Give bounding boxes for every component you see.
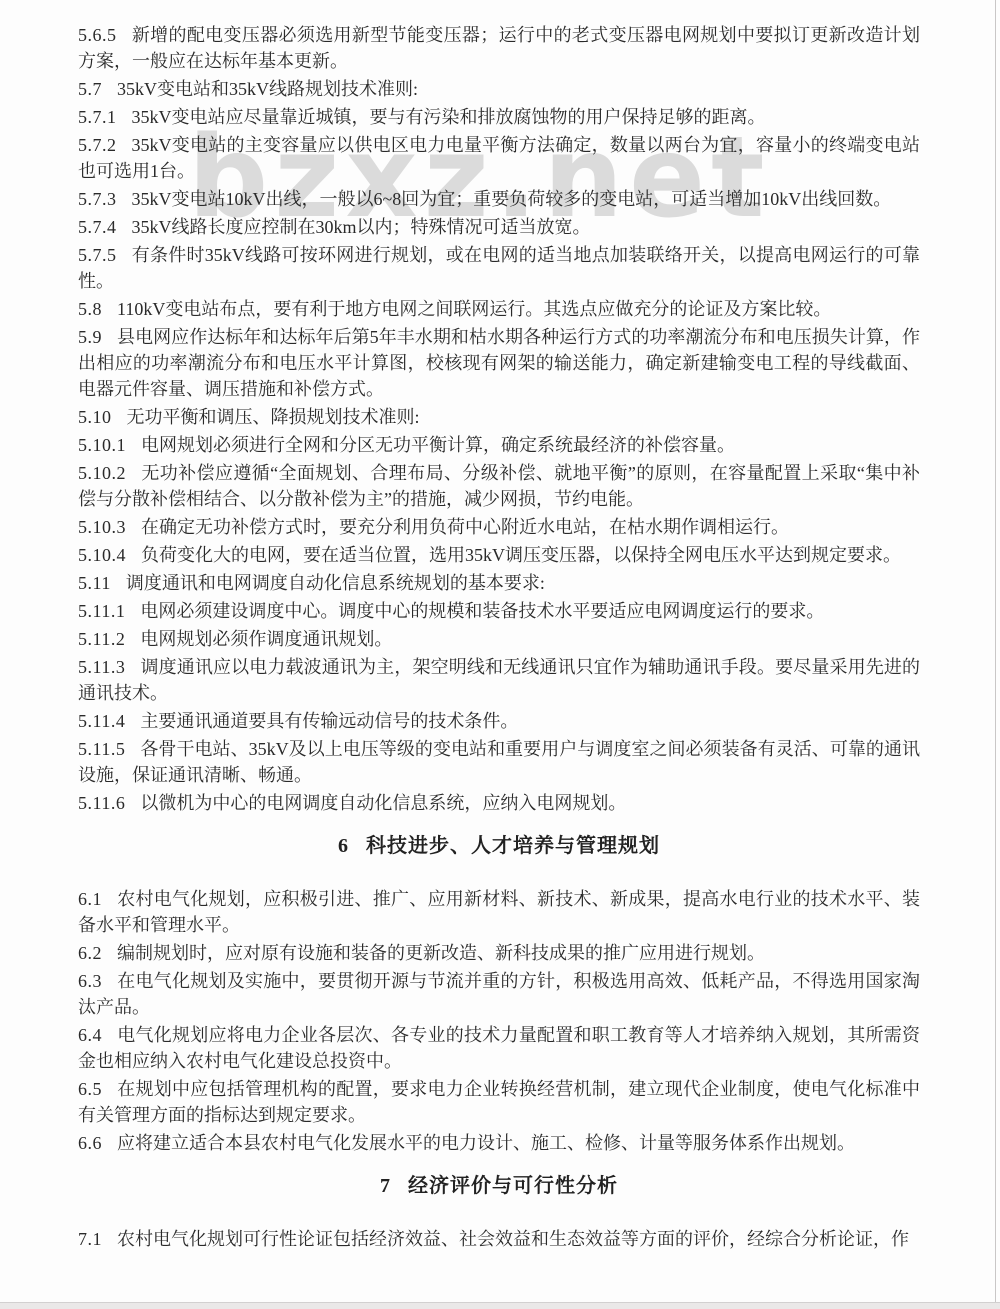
section-title: 经济评价与可行性分析 <box>408 1175 618 1197</box>
clause-paragraph: 5.11.2电网规划必须作调度通讯规划。 <box>78 626 920 652</box>
clause-paragraph: 5.8110kV变电站布点，要有利于地方电网之间联网运行。其选点应做充分的论证及… <box>78 296 920 322</box>
clause-number: 5.10 <box>78 407 112 427</box>
clause-text: 电网规划必须作调度通讯规划。 <box>140 629 392 649</box>
clause-paragraph: 6.6应将建立适合本县农村电气化发展水平的电力设计、施工、检修、计量等服务体系作… <box>78 1130 920 1156</box>
clause-text: 35kV变电站10kV出线，一般以6~8回为宜；重要负荷较多的变电站，可适当增加… <box>132 189 892 209</box>
clause-paragraph: 5.10.3在确定无功补偿方式时，要充分利用负荷中心附近水电站，在枯水期作调相运… <box>78 514 920 540</box>
clause-paragraph: 5.11.1电网必须建设调度中心。调度中心的规模和装备技术水平要适应电网调度运行… <box>78 598 920 624</box>
section-number: 7 <box>380 1175 390 1197</box>
clause-number: 5.10.2 <box>78 463 126 483</box>
clause-text: 35kV变电站的主变容量应以供电区电力电量平衡方法确定，数量以两台为宜，容量小的… <box>78 135 920 181</box>
clause-number: 5.11 <box>78 573 111 593</box>
clause-number: 5.11.3 <box>78 657 125 677</box>
clause-text: 农村电气化规划可行性论证包括经济效益、社会效益和生态效益等方面的评价，经综合分析… <box>117 1229 909 1249</box>
clause-number: 5.7.3 <box>78 189 117 209</box>
clause-text: 编制规划时，应对原有设施和装备的更新改造、新科技成果的推广应用进行规划。 <box>117 943 765 963</box>
clause-paragraph: 5.10无功平衡和调压、降损规划技术准则: <box>78 404 920 430</box>
clause-paragraph: 5.11.3调度通讯应以电力载波通讯为主，架空明线和无线通讯只宜作为辅助通讯手段… <box>78 654 920 706</box>
clause-paragraph: 5.9县电网应作达标年和达标年后第5年丰水期和枯水期各种运行方式的功率潮流分布和… <box>78 324 920 402</box>
clause-paragraph: 5.11调度通讯和电网调度自动化信息系统规划的基本要求: <box>78 570 920 596</box>
clause-paragraph: 6.1农村电气化规划，应积极引进、推广、应用新材料、新技术、新成果，提高水电行业… <box>78 886 920 938</box>
clause-text: 县电网应作达标年和达标年后第5年丰水期和枯水期各种运行方式的功率潮流分布和电压损… <box>78 327 920 399</box>
clause-paragraph: 5.10.2无功补偿应遵循“全面规划、合理布局、分级补偿、就地平衡”的原则，在容… <box>78 460 920 512</box>
clause-text: 电网必须建设调度中心。调度中心的规模和装备技术水平要适应电网调度运行的要求。 <box>140 601 824 621</box>
document-content: 5.6.5新增的配电变压器必须选用新型节能变压器；运行中的老式变压器电网规划中要… <box>0 0 1000 1252</box>
clause-paragraph: 6.5在规划中应包括管理机构的配置，要求电力企业转换经营机制，建立现代企业制度，… <box>78 1076 920 1128</box>
clause-paragraph: 5.7.5有条件时35kV线路可按环网进行规划，或在电网的适当地点加装联络开关，… <box>78 242 920 294</box>
clause-number: 5.10.4 <box>78 545 126 565</box>
clause-paragraph: 6.3在电气化规划及实施中，要贯彻开源与节流并重的方针，积极选用高效、低耗产品，… <box>78 968 920 1020</box>
clause-number: 5.7 <box>78 79 102 99</box>
clause-text: 新增的配电变压器必须选用新型节能变压器；运行中的老式变压器电网规划中要拟订更新改… <box>78 25 920 71</box>
clause-text: 电网规划必须进行全网和分区无功平衡计算，确定系统最经济的补偿容量。 <box>141 435 735 455</box>
clause-text: 35kV线路长度应控制在30km以内；特殊情况可适当放宽。 <box>132 217 591 237</box>
clause-text: 在确定无功补偿方式时，要充分利用负荷中心附近水电站，在枯水期作调相运行。 <box>141 517 789 537</box>
clause-text: 无功补偿应遵循“全面规划、合理布局、分级补偿、就地平衡”的原则，在容量配置上采取… <box>78 463 920 509</box>
clause-number: 5.11.6 <box>78 793 125 813</box>
clause-paragraph: 5.7.135kV变电站应尽量靠近城镇，要与有污染和排放腐蚀物的用户保持足够的距… <box>78 104 920 130</box>
clause-text: 以微机为中心的电网调度自动化信息系统，应纳入电网规划。 <box>140 793 626 813</box>
clause-number: 5.6.5 <box>78 25 117 45</box>
clause-number: 6.4 <box>78 1025 102 1045</box>
page-right-edge <box>995 0 996 1302</box>
clause-number: 5.7.5 <box>78 245 117 265</box>
clause-text: 35kV变电站和35kV线路规划技术准则: <box>117 79 418 99</box>
clause-text: 35kV变电站应尽量靠近城镇，要与有污染和排放腐蚀物的用户保持足够的距离。 <box>132 107 766 127</box>
clause-number: 6.2 <box>78 943 102 963</box>
document-page: bzxz.net 5.6.5新增的配电变压器必须选用新型节能变压器；运行中的老式… <box>0 0 1000 1309</box>
clause-number: 5.9 <box>78 327 102 347</box>
clause-number: 5.11.5 <box>78 739 125 759</box>
page-bottom-gap <box>0 1302 1000 1309</box>
clause-paragraph: 7.1农村电气化规划可行性论证包括经济效益、社会效益和生态效益等方面的评价，经综… <box>78 1226 920 1252</box>
clause-number: 5.7.1 <box>78 107 117 127</box>
clause-number: 5.7.4 <box>78 217 117 237</box>
clause-paragraph: 6.4电气化规划应将电力企业各层次、各专业的技术力量配置和职工教育等人才培养纳入… <box>78 1022 920 1074</box>
clause-text: 调度通讯和电网调度自动化信息系统规划的基本要求: <box>126 573 545 593</box>
section-title: 科技进步、人才培养与管理规划 <box>366 835 660 857</box>
section-heading: 7经济评价与可行性分析 <box>78 1174 920 1198</box>
clause-text: 无功平衡和调压、降损规划技术准则: <box>127 407 420 427</box>
clause-paragraph: 5.10.4负荷变化大的电网，要在适当位置，选用35kV调压变压器，以保持全网电… <box>78 542 920 568</box>
clause-number: 5.10.3 <box>78 517 126 537</box>
clause-paragraph: 5.7.335kV变电站10kV出线，一般以6~8回为宜；重要负荷较多的变电站，… <box>78 186 920 212</box>
clause-text: 在电气化规划及实施中，要贯彻开源与节流并重的方针，积极选用高效、低耗产品，不得选… <box>78 971 920 1017</box>
clause-number: 7.1 <box>78 1229 102 1249</box>
clause-number: 5.7.2 <box>78 135 117 155</box>
clause-text: 农村电气化规划，应积极引进、推广、应用新材料、新技术、新成果，提高水电行业的技术… <box>78 889 920 935</box>
clause-text: 有条件时35kV线路可按环网进行规划，或在电网的适当地点加装联络开关，以提高电网… <box>78 245 920 291</box>
clause-paragraph: 5.11.6以微机为中心的电网调度自动化信息系统，应纳入电网规划。 <box>78 790 920 816</box>
clause-paragraph: 5.6.5新增的配电变压器必须选用新型节能变压器；运行中的老式变压器电网规划中要… <box>78 22 920 74</box>
clause-paragraph: 5.10.1电网规划必须进行全网和分区无功平衡计算，确定系统最经济的补偿容量。 <box>78 432 920 458</box>
section-number: 6 <box>338 835 348 857</box>
clause-number: 5.11.2 <box>78 629 125 649</box>
clause-text: 110kV变电站布点，要有利于地方电网之间联网运行。其选点应做充分的论证及方案比… <box>117 299 831 319</box>
clause-paragraph: 5.735kV变电站和35kV线路规划技术准则: <box>78 76 920 102</box>
clause-number: 6.3 <box>78 971 102 991</box>
clause-number: 6.1 <box>78 889 102 909</box>
clause-number: 5.11.1 <box>78 601 125 621</box>
clause-number: 5.11.4 <box>78 711 125 731</box>
clause-text: 在规划中应包括管理机构的配置，要求电力企业转换经营机制，建立现代企业制度，使电气… <box>78 1079 920 1125</box>
clause-paragraph: 5.11.4主要通讯通道要具有传输远动信号的技术条件。 <box>78 708 920 734</box>
clause-text: 各骨干电站、35kV及以上电压等级的变电站和重要用户与调度室之间必须装备有灵活、… <box>78 739 920 785</box>
clause-number: 5.8 <box>78 299 102 319</box>
clause-number: 6.6 <box>78 1133 102 1153</box>
clause-text: 调度通讯应以电力载波通讯为主，架空明线和无线通讯只宜作为辅助通讯手段。要尽量采用… <box>78 657 920 703</box>
clause-number: 5.10.1 <box>78 435 126 455</box>
clause-text: 电气化规划应将电力企业各层次、各专业的技术力量配置和职工教育等人才培养纳入规划，… <box>78 1025 920 1071</box>
clause-text: 负荷变化大的电网，要在适当位置，选用35kV调压变压器，以保持全网电压水平达到规… <box>141 545 901 565</box>
clause-paragraph: 5.7.235kV变电站的主变容量应以供电区电力电量平衡方法确定，数量以两台为宜… <box>78 132 920 184</box>
clause-text: 主要通讯通道要具有传输远动信号的技术条件。 <box>140 711 518 731</box>
clause-paragraph: 6.2编制规划时，应对原有设施和装备的更新改造、新科技成果的推广应用进行规划。 <box>78 940 920 966</box>
section-heading: 6科技进步、人才培养与管理规划 <box>78 834 920 858</box>
clause-paragraph: 5.7.435kV线路长度应控制在30km以内；特殊情况可适当放宽。 <box>78 214 920 240</box>
clause-number: 6.5 <box>78 1079 102 1099</box>
clause-text: 应将建立适合本县农村电气化发展水平的电力设计、施工、检修、计量等服务体系作出规划… <box>117 1133 855 1153</box>
clause-paragraph: 5.11.5各骨干电站、35kV及以上电压等级的变电站和重要用户与调度室之间必须… <box>78 736 920 788</box>
